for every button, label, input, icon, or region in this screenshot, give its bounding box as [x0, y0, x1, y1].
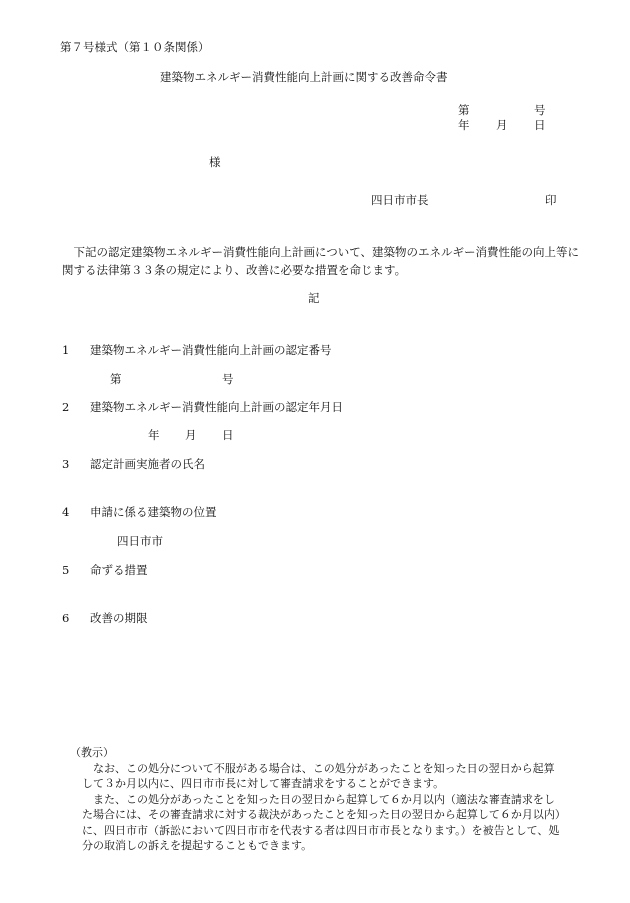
item2-month: 月: [185, 430, 197, 442]
item-label-3: 認定計画実施者の氏名: [90, 459, 205, 471]
item-number-1: 1: [62, 345, 69, 357]
item-label-6: 改善の期限: [90, 613, 148, 625]
doc-number-go: 号: [534, 105, 546, 117]
document-number-block: 第 号 年 月 日: [458, 105, 548, 135]
item1-dai: 第: [110, 374, 122, 386]
appeal-notice: （教示） なお、この処分について不服がある場合は、この処分があったことを知った日…: [72, 745, 562, 854]
seal-mark: 印: [545, 195, 557, 207]
item-label-1: 建築物エネルギー消費性能向上計画の認定番号: [90, 345, 332, 357]
notice-paragraph-2: また、この処分があったことを知った日の翌日から起算して６か月以内（適法な審査請求…: [72, 792, 562, 854]
item-label-2: 建築物エネルギー消費性能向上計画の認定年月日: [90, 402, 343, 414]
item2-year: 年: [148, 430, 160, 442]
document-title: 建築物エネルギー消費性能向上計画に関する改善命令書: [160, 72, 448, 84]
doc-date-month: 月: [496, 120, 508, 132]
item-number-3: 3: [62, 459, 69, 471]
item-number-4: 4: [62, 507, 69, 519]
issuer-name: 四日市市長: [371, 195, 429, 207]
addressee-suffix: 様: [209, 157, 221, 169]
item-number-2: 2: [62, 402, 69, 414]
item-label-5: 命ずる措置: [90, 565, 148, 577]
notice-paragraph-1: なお、この処分について不服がある場合は、この処分があったことを知った日の翌日から…: [72, 761, 562, 792]
item-label-4: 申請に係る建築物の位置: [90, 507, 217, 519]
item-number-6: 6: [62, 613, 69, 625]
item2-day: 日: [222, 430, 234, 442]
order-body-text: 下記の認定建築物エネルギー消費性能向上計画について、建築物のエネルギー消費性能の…: [62, 243, 582, 279]
notice-heading: （教示）: [70, 745, 562, 761]
doc-date-day: 日: [534, 120, 546, 132]
form-number: 第７号様式（第１０条関係）: [60, 42, 210, 54]
item-number-5: 5: [62, 565, 69, 577]
doc-date-year: 年: [458, 120, 470, 132]
ki-heading: 記: [308, 293, 320, 305]
item1-go: 号: [222, 374, 234, 386]
item4-city: 四日市市: [117, 536, 163, 548]
doc-number-dai: 第: [458, 105, 470, 117]
